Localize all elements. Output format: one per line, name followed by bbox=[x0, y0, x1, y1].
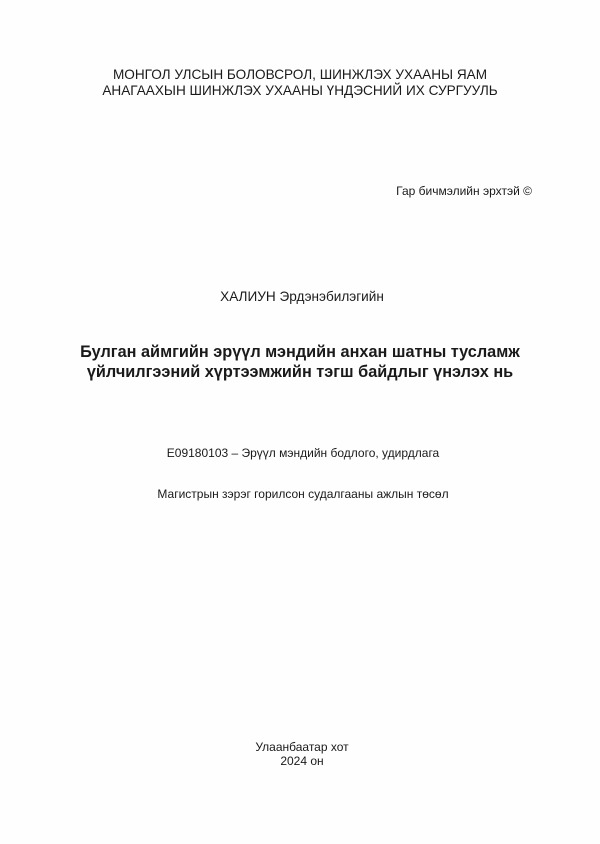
document-page: МОНГОЛ УЛСЫН БОЛОВСРОЛ, ШИНЖЛЭХ УХААНЫ Я… bbox=[0, 0, 600, 844]
thesis-title: Булган аймгийн эрүүл мэндийн анхан шатны… bbox=[0, 342, 600, 382]
institution-header: МОНГОЛ УЛСЫН БОЛОВСРОЛ, ШИНЖЛЭХ УХААНЫ Я… bbox=[0, 67, 600, 99]
institution-university: АНАГААХЫН ШИНЖЛЭХ УХААНЫ ҮНДЭСНИЙ ИХ СУР… bbox=[0, 83, 600, 99]
copyright-notice: Гар бичмэлийн эрхтэй © bbox=[396, 183, 532, 199]
place-and-year: Улаанбаатар хот 2024 он bbox=[0, 740, 600, 768]
program-code: E09180103 – Эрүүл мэндийн бодлого, удирд… bbox=[0, 445, 600, 461]
thesis-title-line-2: үйлчилгээний хүртээмжийн тэгш байдлыг үн… bbox=[0, 362, 600, 382]
year: 2024 он bbox=[0, 754, 600, 768]
institution-ministry: МОНГОЛ УЛСЫН БОЛОВСРОЛ, ШИНЖЛЭХ УХААНЫ Я… bbox=[0, 67, 600, 83]
city: Улаанбаатар хот bbox=[0, 740, 600, 754]
thesis-title-line-1: Булган аймгийн эрүүл мэндийн анхан шатны… bbox=[0, 342, 600, 362]
author-name: ХАЛИУН Эрдэнэбилэгийн bbox=[0, 289, 600, 305]
degree-description: Магистрын зэрэг горилсон судалгааны ажлы… bbox=[0, 486, 600, 502]
